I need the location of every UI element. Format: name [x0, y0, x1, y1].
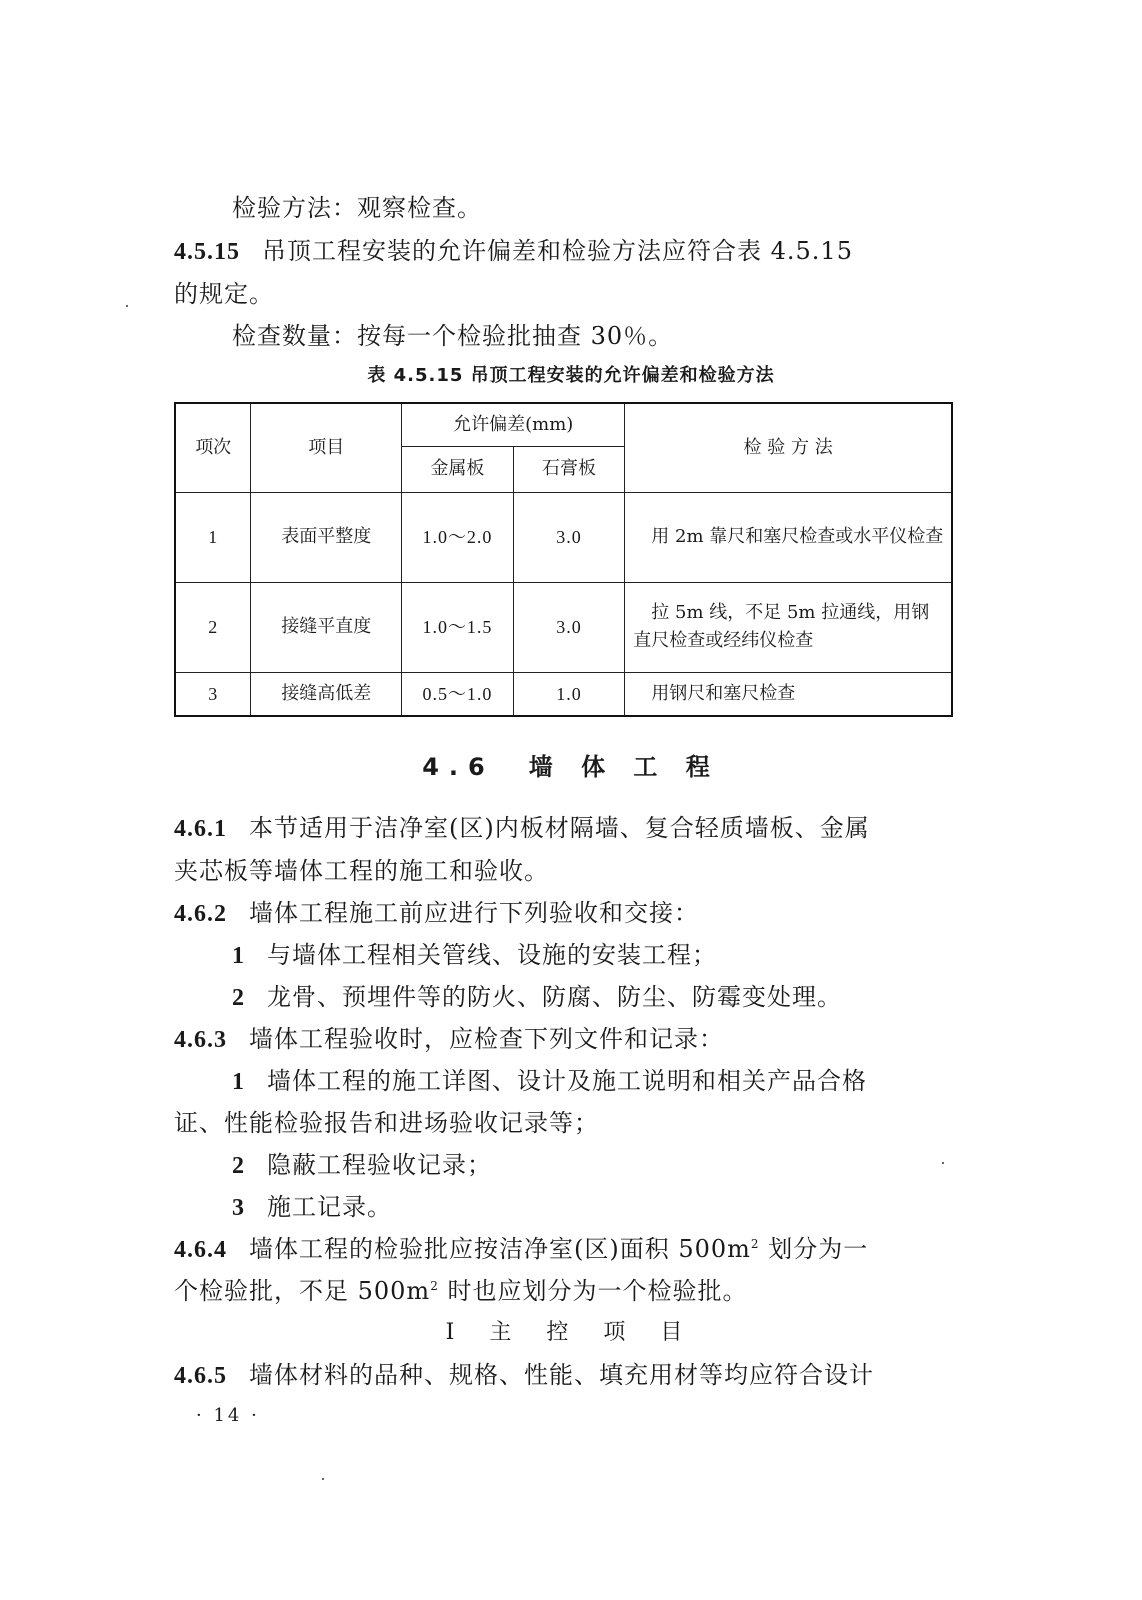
- clause-text: 墙体工程的检验批应按洁净室(区)面积 500m: [249, 1235, 751, 1263]
- clause-text: 吊顶工程安装的允许偏差和检验方法应符合表 4.5.15: [262, 237, 853, 265]
- inspection-method-line: 检验方法：观察检查。: [232, 193, 482, 223]
- clause-number: 4.6.5: [174, 1363, 227, 1389]
- list-item: 1墙体工程的施工详图、设计及施工说明和相关产品合格: [232, 1066, 867, 1097]
- list-text: 施工记录。: [267, 1193, 392, 1221]
- table-row: 3 接缝高低差 0.5～1.0 1.0 用钢尺和塞尺检查: [175, 672, 952, 716]
- section-title: 4.6 墙 体 工 程: [0, 752, 1142, 782]
- header-item: 项目: [251, 403, 402, 492]
- table-row: 2 接缝平直度 1.0～1.5 3.0 拉 5m 线，不足 5m 拉通线，用钢直…: [175, 582, 952, 672]
- clause-text: 划分为一: [760, 1235, 869, 1263]
- clause-text: 墙体工程验收时，应检查下列文件和记录：: [249, 1025, 724, 1053]
- scan-speck: [126, 305, 128, 307]
- list-item-cont: 证、性能检验报告和进场验收记录等；: [174, 1108, 599, 1138]
- clause-number: 4.5.15: [174, 239, 240, 265]
- clause-number: 4.6.4: [174, 1237, 227, 1263]
- list-number: 3: [232, 1195, 245, 1221]
- clause-number: 4.6.2: [174, 901, 227, 927]
- table-row: 1 表面平整度 1.0～2.0 3.0 用 2m 靠尺和塞尺检查或水平仪检查: [175, 492, 952, 582]
- list-number: 1: [232, 943, 245, 969]
- list-text: 隐蔽工程验收记录；: [267, 1151, 492, 1179]
- clause-4-6-4-cont: 个检验批，不足 500m2 时也应划分为一个检验批。: [174, 1276, 747, 1306]
- header-tolerance: 允许偏差(mm): [402, 403, 625, 446]
- tolerance-table: 项次 项目 允许偏差(mm) 检 验 方 法 金属板 石膏板 1 表面平整度 1…: [174, 402, 953, 717]
- clause-4-6-2: 4.6.2墙体工程施工前应进行下列验收和交接：: [174, 898, 699, 929]
- cell-method: 拉 5m 线，不足 5m 拉通线，用钢直尺检查或经纬仪检查: [625, 582, 952, 672]
- check-quantity-line: 检查数量：按每一个检验批抽查 30％。: [232, 321, 673, 351]
- subsection-heading: Ⅰ 主 控 项 目: [0, 1318, 1142, 1348]
- clause-4-6-1-cont: 夹芯板等墙体工程的施工和验收。: [174, 856, 549, 886]
- header-method: 检 验 方 法: [625, 403, 952, 492]
- clause-text: 墙体材料的品种、规格、性能、填充用材等均应符合设计: [249, 1361, 874, 1389]
- list-item: 3施工记录。: [232, 1192, 392, 1223]
- list-text: 与墙体工程相关管线、设施的安装工程；: [267, 941, 717, 969]
- scan-speck: [322, 1478, 324, 1480]
- cell-metal: 1.0～2.0: [402, 492, 514, 582]
- cell-gypsum: 3.0: [513, 492, 625, 582]
- superscript: 2: [751, 1237, 760, 1251]
- cell-method: 用钢尺和塞尺检查: [625, 672, 952, 716]
- cell-gypsum: 1.0: [513, 672, 625, 716]
- clause-text: 墙体工程施工前应进行下列验收和交接：: [249, 899, 699, 927]
- clause-text: 本节适用于洁净室(区)内板材隔墙、复合轻质墙板、金属: [249, 814, 870, 842]
- cell-metal: 0.5～1.0: [402, 672, 514, 716]
- header-metal-panel: 金属板: [402, 446, 514, 492]
- cell-index: 1: [175, 492, 251, 582]
- list-number: 2: [232, 1153, 245, 1179]
- cell-metal: 1.0～1.5: [402, 582, 514, 672]
- scan-speck: [942, 1162, 944, 1164]
- cell-index: 2: [175, 582, 251, 672]
- clause-4-6-1: 4.6.1本节适用于洁净室(区)内板材隔墙、复合轻质墙板、金属: [174, 813, 870, 844]
- superscript: 2: [430, 1279, 439, 1293]
- clause-text: 时也应划分为一个检验批。: [439, 1277, 748, 1305]
- clause-4-6-5: 4.6.5墙体材料的品种、规格、性能、填充用材等均应符合设计: [174, 1360, 874, 1391]
- cell-index: 3: [175, 672, 251, 716]
- cell-method: 用 2m 靠尺和塞尺检查或水平仪检查: [625, 492, 952, 582]
- clause-4-5-15: 4.5.15吊顶工程安装的允许偏差和检验方法应符合表 4.5.15: [174, 236, 853, 267]
- cell-item: 接缝平直度: [251, 582, 402, 672]
- list-text: 龙骨、预埋件等的防火、防腐、防尘、防霉变处理。: [267, 983, 842, 1011]
- clause-number: 4.6.3: [174, 1027, 227, 1053]
- clause-4-5-15-cont: 的规定。: [174, 279, 274, 309]
- cell-item: 表面平整度: [251, 492, 402, 582]
- clause-4-6-3: 4.6.3墙体工程验收时，应检查下列文件和记录：: [174, 1024, 724, 1055]
- list-item: 2龙骨、预埋件等的防火、防腐、防尘、防霉变处理。: [232, 982, 842, 1013]
- cell-gypsum: 3.0: [513, 582, 625, 672]
- list-item: 2隐蔽工程验收记录；: [232, 1150, 492, 1181]
- cell-item: 接缝高低差: [251, 672, 402, 716]
- header-index: 项次: [175, 403, 251, 492]
- list-text: 墙体工程的施工详图、设计及施工说明和相关产品合格: [267, 1067, 867, 1095]
- header-gypsum-board: 石膏板: [513, 446, 625, 492]
- clause-number: 4.6.1: [174, 816, 227, 842]
- list-number: 2: [232, 985, 245, 1011]
- clause-4-6-4: 4.6.4墙体工程的检验批应按洁净室(区)面积 500m2 划分为一: [174, 1234, 868, 1265]
- list-item: 1与墙体工程相关管线、设施的安装工程；: [232, 940, 717, 971]
- table-caption: 表 4.5.15 吊顶工程安装的允许偏差和检验方法: [0, 361, 1142, 391]
- clause-text: 个检验批，不足 500m: [174, 1277, 430, 1305]
- page-number: · 14 ·: [196, 1405, 260, 1426]
- list-number: 1: [232, 1069, 245, 1095]
